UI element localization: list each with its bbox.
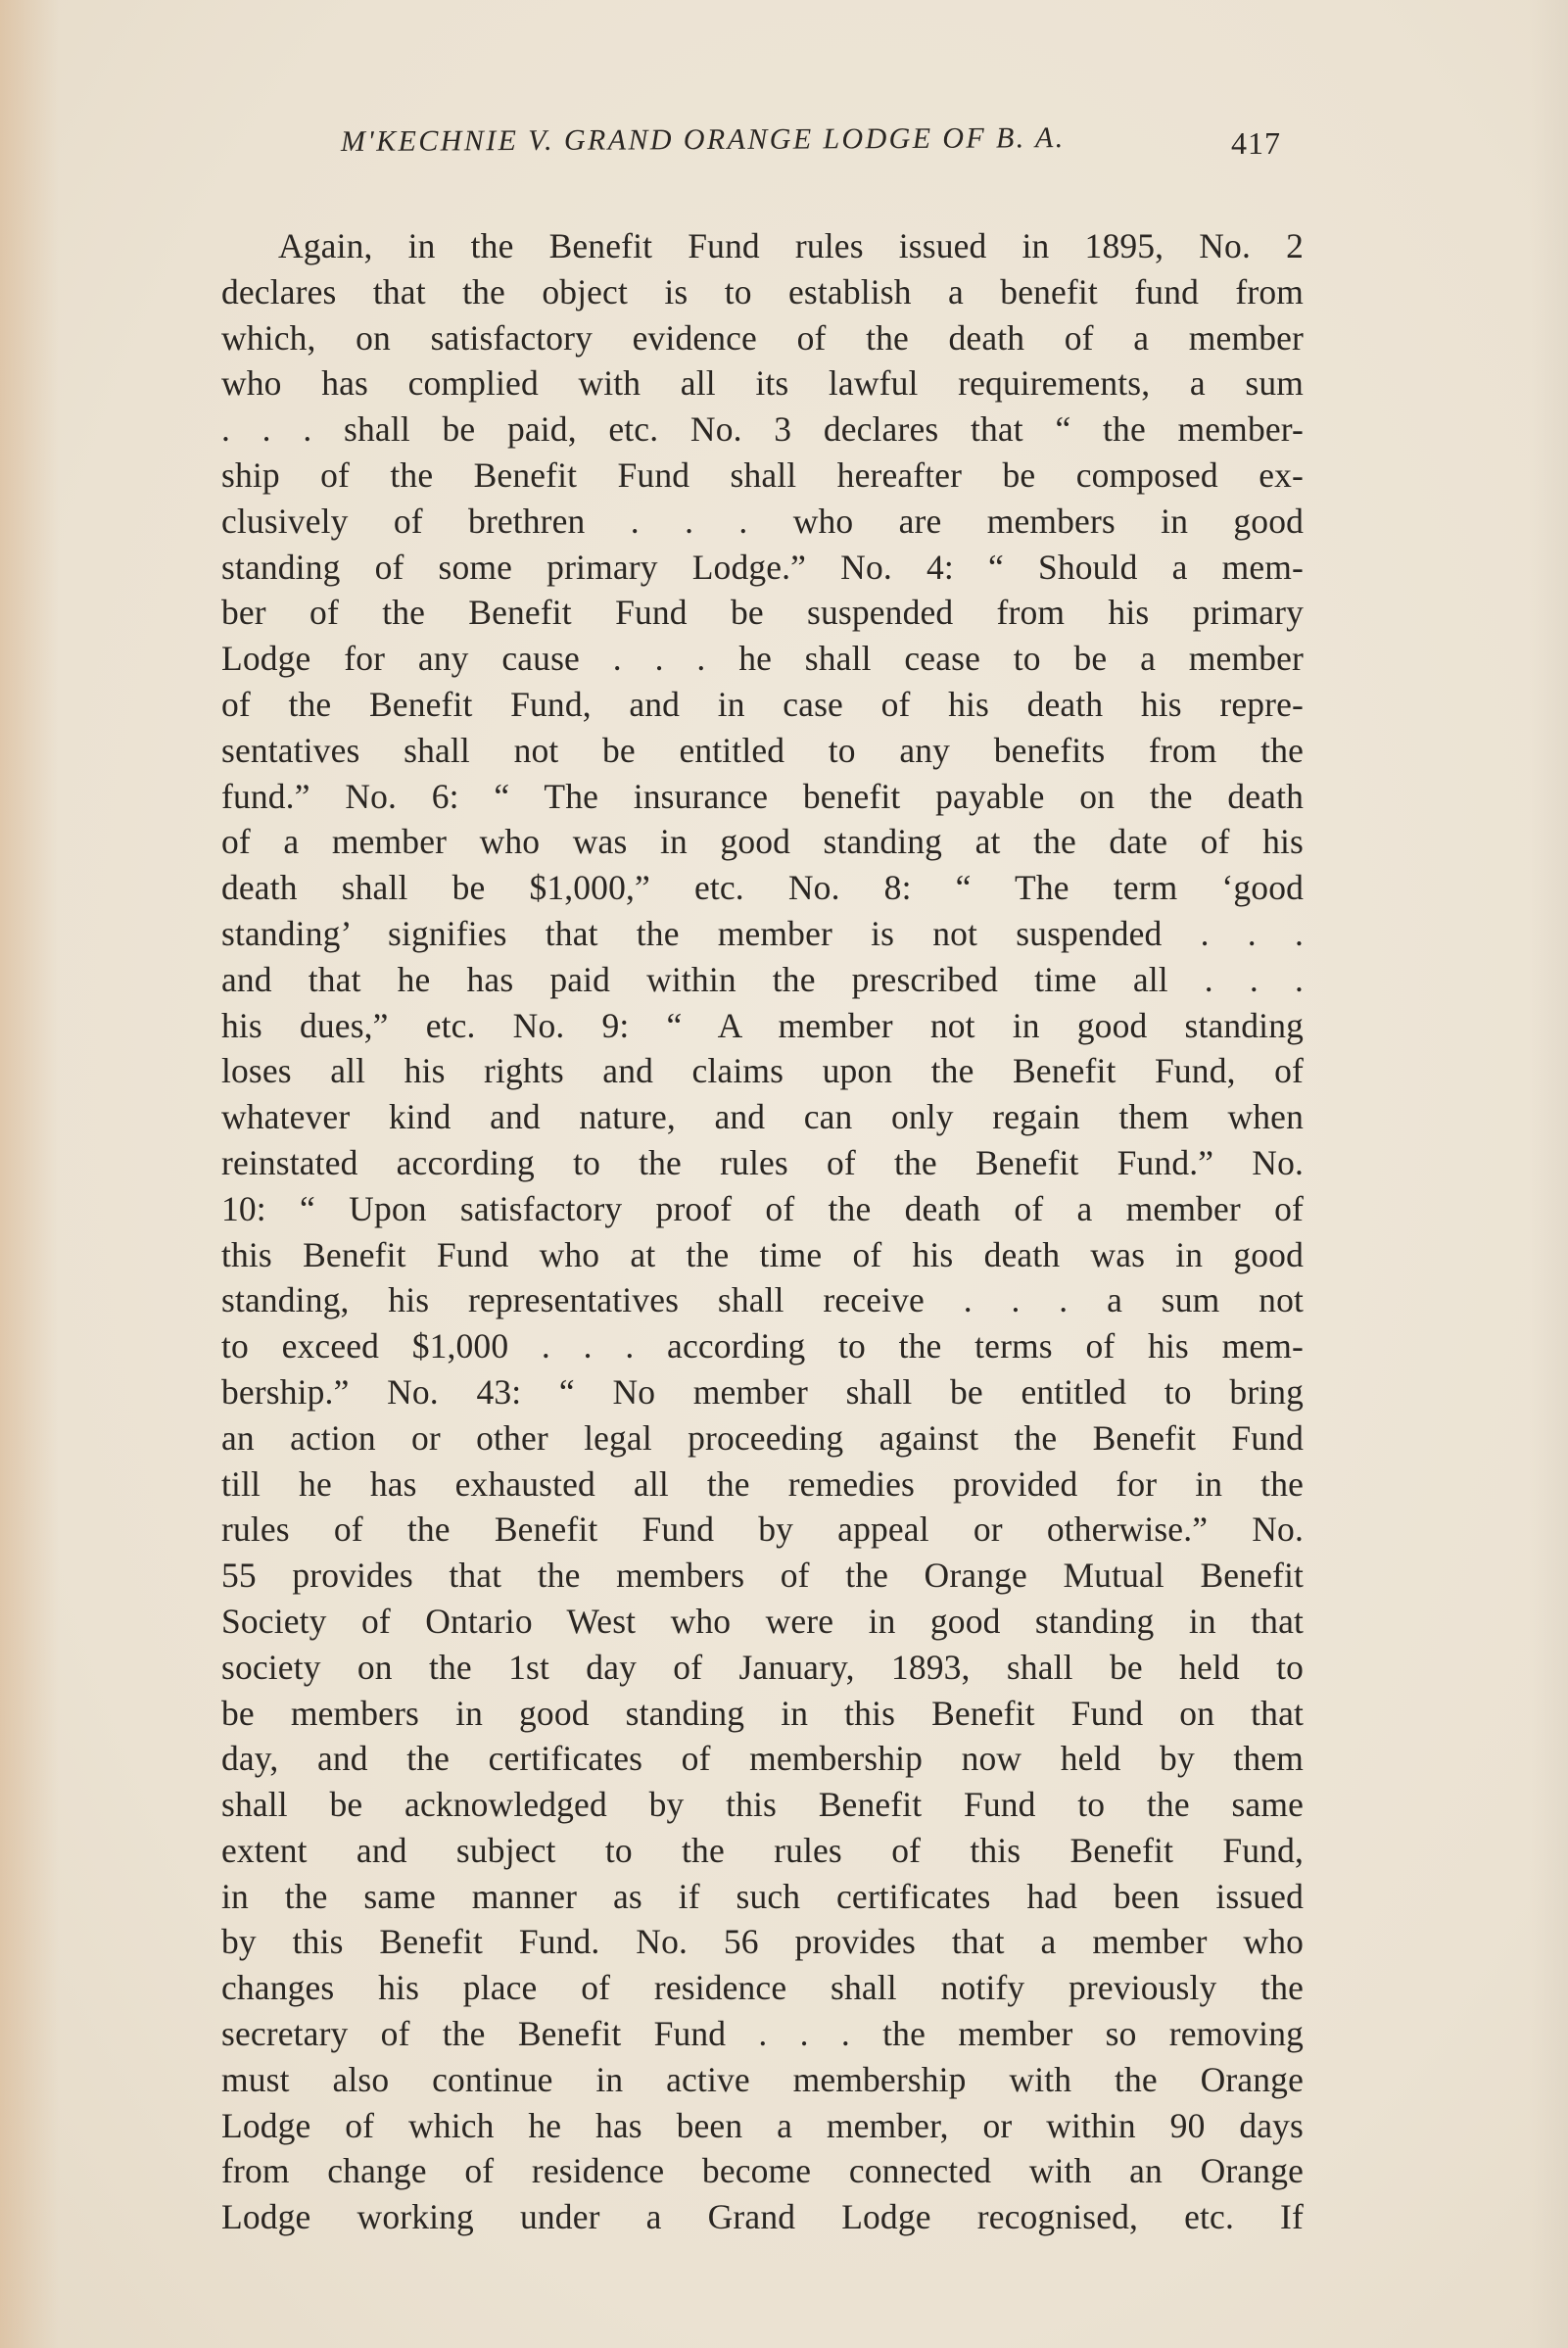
- text-line: standing of some primary Lodge.” No. 4: …: [221, 545, 1304, 591]
- text-line: of a member who was in good standing at …: [221, 819, 1304, 865]
- text-line: his dues,” etc. No. 9: “ A member not in…: [221, 1003, 1304, 1049]
- text-line: 55 provides that the members of the Oran…: [221, 1553, 1304, 1599]
- text-line: society on the 1st day of January, 1893,…: [221, 1645, 1304, 1691]
- text-line: . . . shall be paid, etc. No. 3 declares…: [221, 407, 1304, 453]
- text-line: fund.” No. 6: “ The insurance benefit pa…: [221, 774, 1304, 820]
- text-line: bership.” No. 43: “ No member shall be e…: [221, 1369, 1304, 1415]
- text-line: reinstated according to the rules of the…: [221, 1140, 1304, 1186]
- text-line: loses all his rights and claims upon the…: [221, 1048, 1304, 1094]
- text-line: by this Benefit Fund. No. 56 provides th…: [221, 1919, 1304, 1965]
- text-line: Lodge for any cause . . . he shall cease…: [221, 636, 1304, 682]
- text-line: who has complied with all its lawful req…: [221, 360, 1304, 407]
- text-line: standing’ signifies that the member is n…: [221, 911, 1304, 957]
- text-line: day, and the certificates of membership …: [221, 1736, 1304, 1782]
- text-line: must also continue in active membership …: [221, 2057, 1304, 2103]
- text-line: Lodge of which he has been a member, or …: [221, 2103, 1304, 2149]
- text-line: rules of the Benefit Fund by appeal or o…: [221, 1507, 1304, 1553]
- text-line: declares that the object is to establish…: [221, 269, 1304, 315]
- text-line: in the same manner as if such certificat…: [221, 1874, 1304, 1920]
- text-line: of the Benefit Fund, and in case of his …: [221, 682, 1304, 728]
- running-head: M'Kechnie v. Grand Orange Lodge of B. A.…: [341, 125, 1281, 174]
- text-line: an action or other legal proceeding agai…: [221, 1415, 1304, 1462]
- text-line: Lodge working under a Grand Lodge recogn…: [221, 2194, 1304, 2240]
- text-line: death shall be $1,000,” etc. No. 8: “ Th…: [221, 865, 1304, 911]
- page-number: 417: [1231, 125, 1281, 162]
- running-title: M'Kechnie v. Grand Orange Lodge of B. A.: [341, 121, 1066, 159]
- text-line: to exceed $1,000 . . . according to the …: [221, 1323, 1304, 1369]
- text-line: shall be acknowledged by this Benefit Fu…: [221, 1782, 1304, 1828]
- text-line: extent and subject to the rules of this …: [221, 1828, 1304, 1874]
- text-line: Again, in the Benefit Fund rules issued …: [221, 223, 1304, 269]
- text-line: till he has exhausted all the remedies p…: [221, 1462, 1304, 1508]
- text-line: be members in good standing in this Bene…: [221, 1691, 1304, 1737]
- book-page: M'Kechnie v. Grand Orange Lodge of B. A.…: [0, 0, 1568, 2348]
- text-line: standing, his representatives shall rece…: [221, 1277, 1304, 1323]
- text-line: whatever kind and nature, and can only r…: [221, 1094, 1304, 1140]
- text-line: which, on satisfactory evidence of the d…: [221, 315, 1304, 361]
- text-line: from change of residence become connecte…: [221, 2148, 1304, 2194]
- text-line: ship of the Benefit Fund shall hereafter…: [221, 453, 1304, 499]
- text-line: ber of the Benefit Fund be suspended fro…: [221, 590, 1304, 636]
- text-line: 10: “ Upon satisfactory proof of the dea…: [221, 1186, 1304, 1232]
- text-line: and that he has paid within the prescrib…: [221, 957, 1304, 1003]
- text-line: sentatives shall not be entitled to any …: [221, 728, 1304, 774]
- text-line: clusively of brethren . . . who are memb…: [221, 499, 1304, 545]
- text-line: Society of Ontario West who were in good…: [221, 1599, 1304, 1645]
- body-text: Again, in the Benefit Fund rules issued …: [221, 223, 1304, 2240]
- text-line: this Benefit Fund who at the time of his…: [221, 1232, 1304, 1278]
- text-line: changes his place of residence shall not…: [221, 1965, 1304, 2011]
- text-line: secretary of the Benefit Fund . . . the …: [221, 2011, 1304, 2057]
